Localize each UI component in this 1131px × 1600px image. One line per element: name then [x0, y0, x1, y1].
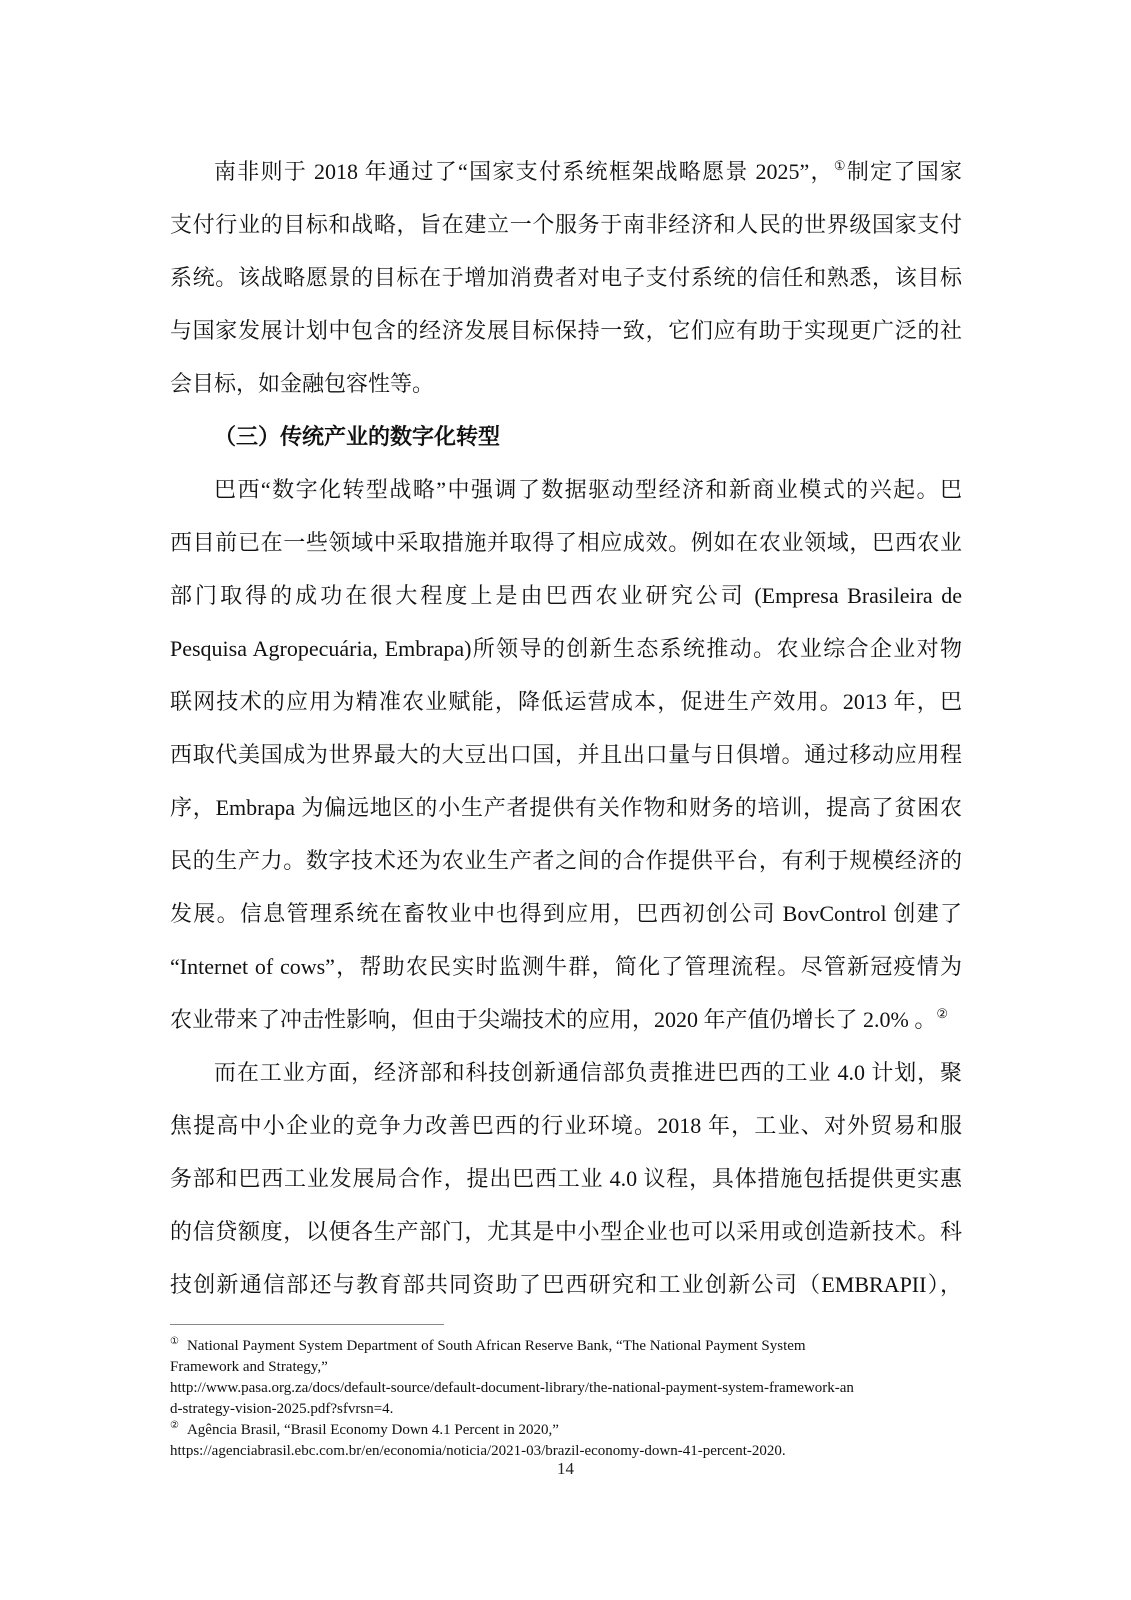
paragraph2-line9: 发展。信息管理系统在畜牧业中也得到应用，巴西初创公司 BovControl 创建… — [170, 887, 962, 940]
footnote-2-marker: ② — [170, 1420, 179, 1431]
paragraph3-line3: 务部和巴西工业发展局合作，提出巴西工业 4.0 议程，具体措施包括提供更实惠 — [170, 1152, 962, 1205]
document-page: 南非则于 2018 年通过了“国家支付系统框架战略愿景 2025”，①制定了国家… — [0, 0, 1131, 1600]
footnote-text: National Payment System Department of So… — [187, 1338, 806, 1354]
paragraph1-line5: 会目标，如金融包容性等。 — [170, 357, 962, 410]
section-heading: （三）传统产业的数字化转型 — [170, 410, 962, 463]
text-segment: 农业带来了冲击性影响，但由于尖端技术的应用，2020 年产值仍增长了 2.0% … — [170, 1007, 936, 1032]
paragraph2-line4: Pesquisa Agropecuária, Embrapa)所领导的创新生态系… — [170, 622, 962, 675]
paragraph2-line11: 农业带来了冲击性影响，但由于尖端技术的应用，2020 年产值仍增长了 2.0% … — [170, 993, 962, 1046]
footnote-separator — [170, 1324, 444, 1325]
paragraph3-line4: 的信贷额度，以便各生产部门，尤其是中小型企业也可以采用或创造新技术。科 — [170, 1205, 962, 1258]
text-segment: 制定了国家 — [847, 159, 962, 184]
paragraph2-line3: 部门取得的成功在很大程度上是由巴西农业研究公司 (Empresa Brasile… — [170, 569, 962, 622]
footnotes: ①National Payment System Department of S… — [170, 1336, 970, 1462]
footnote-2-line1: ②Agência Brasil, “Brasil Economy Down 4.… — [170, 1420, 970, 1441]
footnote-1-marker: ① — [170, 1336, 179, 1347]
paragraph2-line2: 西目前已在一些领域中采取措施并取得了相应成效。例如在农业领域，巴西农业 — [170, 516, 962, 569]
footnote-ref-1: ① — [834, 158, 847, 173]
paragraph1-line2: 支付行业的目标和战略，旨在建立一个服务于南非经济和人民的世界级国家支付 — [170, 198, 962, 251]
paragraph2-line6: 西取代美国成为世界最大的大豆出口国，并且出口量与日俱增。通过移动应用程 — [170, 728, 962, 781]
paragraph2-line10: “Internet of cows”，帮助农民实时监测牛群，简化了管理流程。尽管… — [170, 940, 962, 993]
footnote-1-line4: d-strategy-vision-2025.pdf?sfvrsn=4. — [170, 1399, 970, 1420]
paragraph2-line5: 联网技术的应用为精准农业赋能，降低运营成本，促进生产效用。2013 年，巴 — [170, 675, 962, 728]
footnote-1-line1: ①National Payment System Department of S… — [170, 1336, 970, 1357]
paragraph1-line1: 南非则于 2018 年通过了“国家支付系统框架战略愿景 2025”，①制定了国家 — [170, 145, 962, 198]
paragraph3-line2: 焦提高中小企业的竞争力改善巴西的行业环境。2018 年，工业、对外贸易和服 — [170, 1099, 962, 1152]
page-number: 14 — [0, 1459, 1131, 1479]
body-text: 南非则于 2018 年通过了“国家支付系统框架战略愿景 2025”，①制定了国家… — [170, 145, 962, 1311]
paragraph1-line4: 与国家发展计划中包含的经济发展目标保持一致，它们应有助于实现更广泛的社 — [170, 304, 962, 357]
paragraph3-line5: 技创新通信部还与教育部共同资助了巴西研究和工业创新公司（EMBRAPII）， — [170, 1258, 962, 1311]
text-segment: 南非则于 2018 年通过了“国家支付系统框架战略愿景 2025”， — [214, 159, 834, 184]
paragraph1-line3: 系统。该战略愿景的目标在于增加消费者对电子支付系统的信任和熟悉，该目标 — [170, 251, 962, 304]
paragraph2-line7: 序，Embrapa 为偏远地区的小生产者提供有关作物和财务的培训，提高了贫困农 — [170, 781, 962, 834]
footnote-1-line3: http://www.pasa.org.za/docs/default-sour… — [170, 1378, 970, 1399]
footnote-text: Agência Brasil, “Brasil Economy Down 4.1… — [187, 1422, 559, 1438]
paragraph2-line8: 民的生产力。数字技术还为农业生产者之间的合作提供平台，有利于规模经济的 — [170, 834, 962, 887]
paragraph3-line1: 而在工业方面，经济部和科技创新通信部负责推进巴西的工业 4.0 计划，聚 — [170, 1046, 962, 1099]
footnote-1-line2: Framework and Strategy,” — [170, 1357, 970, 1378]
paragraph2-line1: 巴西“数字化转型战略”中强调了数据驱动型经济和新商业模式的兴起。巴 — [170, 463, 962, 516]
footnote-ref-2: ② — [936, 1006, 948, 1021]
